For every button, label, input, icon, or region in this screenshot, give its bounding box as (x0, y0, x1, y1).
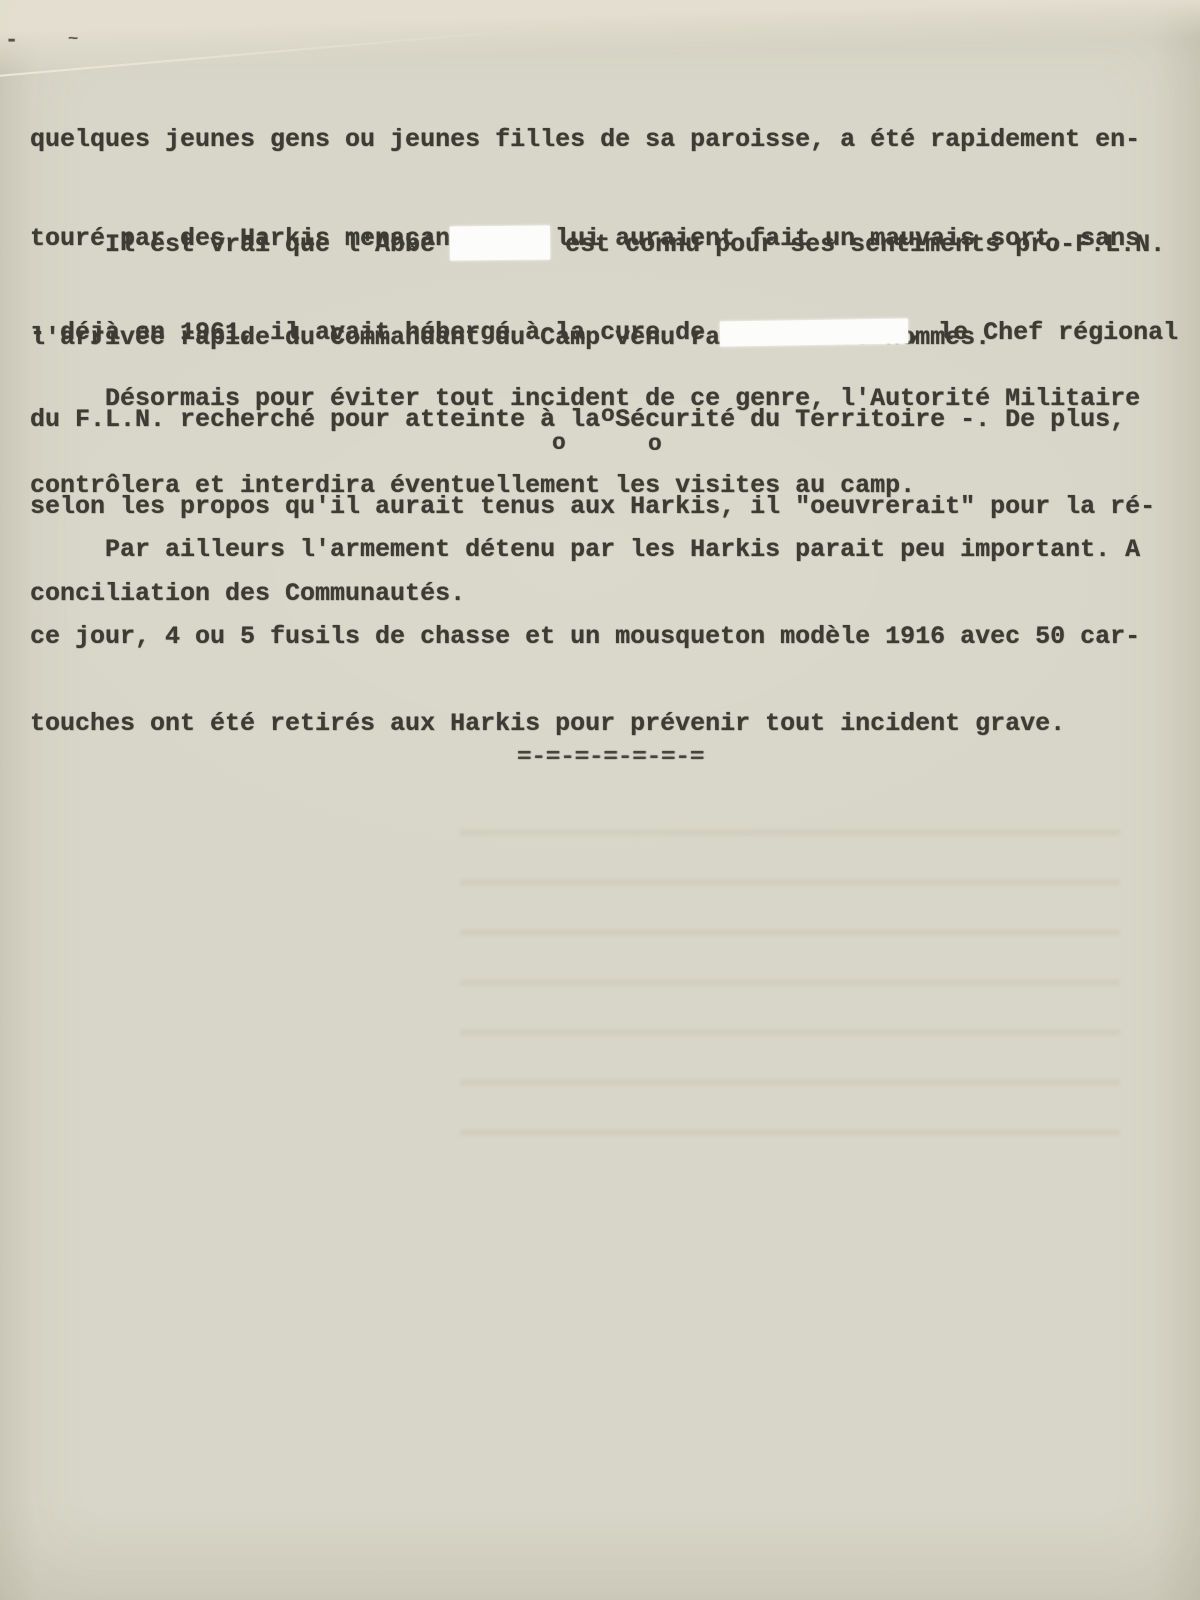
redaction-box-abbe-name (450, 225, 550, 260)
text-line: Par ailleurs l'armement détenu par les H… (30, 535, 1140, 564)
text-line: Désormais pour éviter tout incident de c… (30, 384, 1140, 413)
separator-dot: o (552, 432, 566, 455)
scanned-document-page: - ~ quelques jeunes gens ou jeunes fille… (0, 0, 1200, 1600)
text-segment: Il est vrai que l'Abbé (30, 230, 450, 259)
text-line: ce jour, 4 ou 5 fusils de chasse et un m… (30, 622, 1140, 651)
end-of-document-divider: =-=-=-=-=-=-= (517, 747, 704, 769)
text-segment: est connu pour ses sentiments pro-F.L.N. (550, 230, 1165, 259)
pencil-mark-dash: - (5, 28, 18, 53)
text-line: touches ont été retirés aux Harkis pour … (30, 709, 1140, 738)
text-line: quelques jeunes gens ou jeunes filles de… (30, 123, 1140, 156)
text-line: Il est vrai que l'Abbé est connu pour se… (30, 226, 1178, 260)
separator-dot: o (601, 404, 615, 427)
separator-dot: o (648, 433, 662, 456)
pencil-mark-tick: ~ (68, 32, 78, 47)
bleed-through-texture (460, 790, 1120, 1150)
